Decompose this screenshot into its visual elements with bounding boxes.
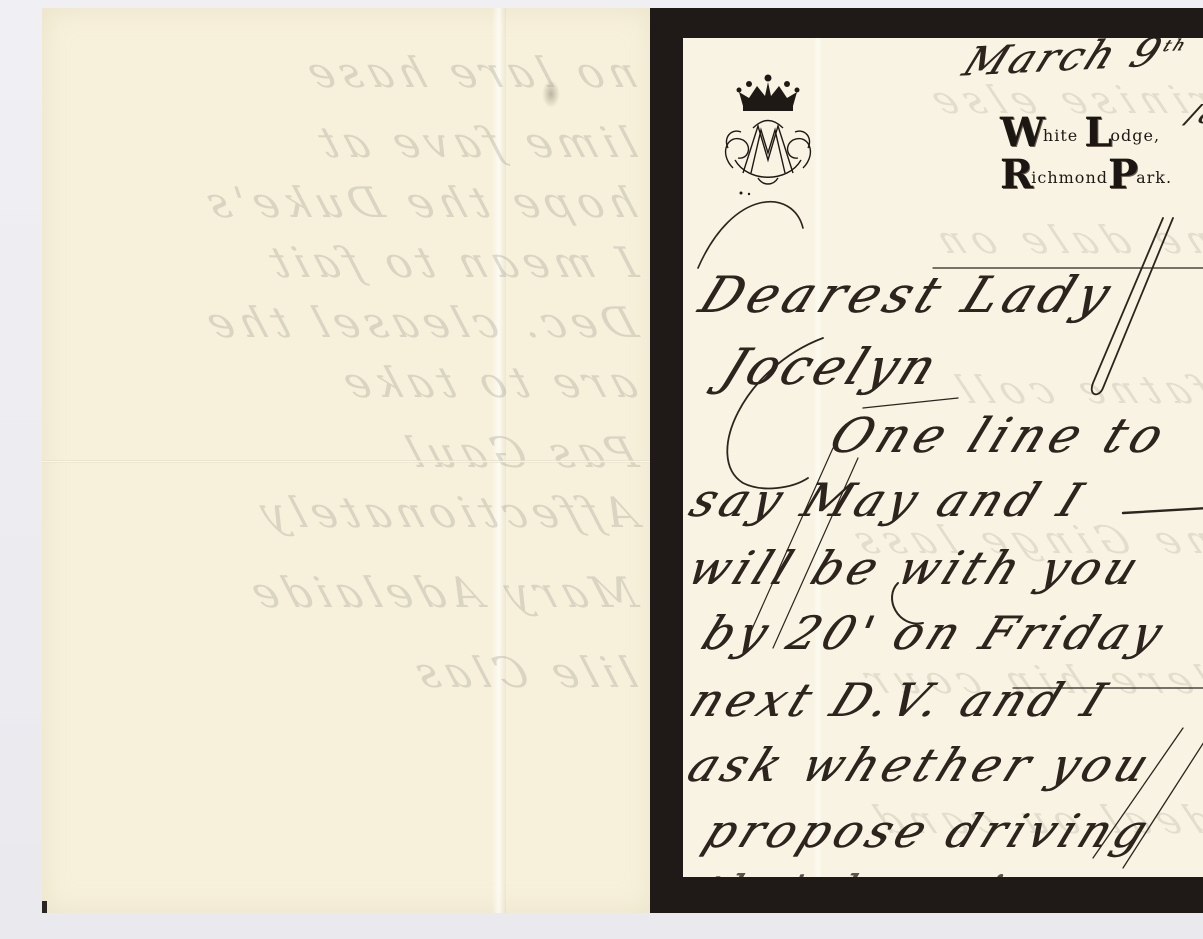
show-through-writing: Affectionately — [66, 488, 641, 528]
letterhead-text: odge, — [1110, 127, 1160, 145]
body-line: One line to — [822, 408, 1178, 464]
body-line: will be with you — [683, 541, 1151, 595]
left-page-blank: no lare hase lime fave at hope the Duke'… — [42, 8, 654, 913]
address-line-1: W hite L odge, — [1000, 111, 1200, 153]
show-through-writing: hope the Duke's — [66, 178, 641, 218]
show-through-writing: Mary Adelaide — [66, 568, 641, 608]
body-line: propose driving — [696, 804, 1160, 858]
show-through-writing: I mean to fait — [66, 238, 641, 278]
corner-mark — [42, 901, 47, 913]
body-line: by 20' on Friday — [694, 606, 1175, 660]
letterhead-initial: W — [1000, 113, 1043, 153]
body-line: say May and I — [683, 473, 1095, 527]
body-line: next D.V. and I — [683, 673, 1118, 727]
letterhead-text: ichmond — [1031, 169, 1108, 187]
letterhead-text: hite — [1043, 127, 1078, 145]
date-superscript: th — [1160, 38, 1191, 55]
body-line: ask whether you — [683, 738, 1162, 792]
letter-writing-area: rinise else ne dale on fatne coll ne Gin… — [683, 38, 1203, 877]
show-through-writing: are to take — [66, 358, 641, 398]
letterhead-initial: R — [1000, 155, 1031, 195]
right-page-mourning-border: rinise else ne dale on fatne coll ne Gin… — [650, 8, 1203, 913]
show-through-writing: lime fave at — [66, 118, 641, 158]
show-through-writing: lile Clas — [66, 648, 641, 688]
paper-tear-mark — [542, 80, 560, 108]
letterhead-text: ark. — [1136, 169, 1172, 187]
salutation-line: Dearest Lady — [691, 266, 1124, 324]
coronet-monogram-crest-icon — [713, 68, 823, 198]
address-line-2: R ichmond P ark. — [1000, 153, 1200, 195]
show-through-writing: ne dale on — [684, 218, 1203, 258]
salutation-name: Jocelyn — [713, 338, 949, 396]
letterhead-address: W hite L odge, R ichmond P ark. — [1000, 111, 1200, 195]
show-through-writing: Dec. cleasel the — [66, 298, 641, 338]
letterhead-initial: L — [1084, 113, 1110, 153]
body-line: the' down in a — [693, 866, 1098, 877]
horizontal-fold-crease — [42, 460, 654, 463]
letterhead-initial: P — [1108, 155, 1136, 195]
